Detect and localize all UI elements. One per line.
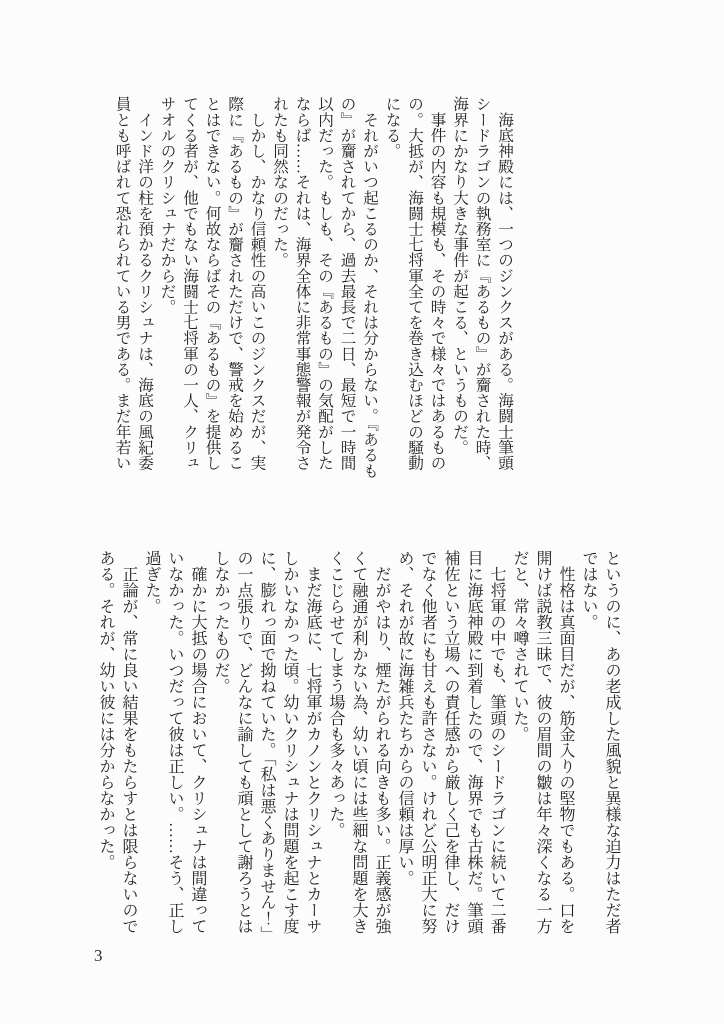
text-column: 海底神殿には、一つのジンクスがある。海闘士筆頭	[493, 96, 516, 490]
text-column: サオルのクリシュナだからだ。	[155, 96, 178, 490]
text-column: 目に海底神殿に到着したので、海界でも古株だ。筆頭	[462, 550, 485, 942]
text-column: 七将軍の中でも、筆頭のシードラゴンに続いて二番	[485, 550, 508, 942]
text-column: 正論が、常に良い結果をもたらすとは限らないので	[117, 550, 140, 942]
text-column: の。大抵が、海闘士七将軍全てを巻き込むほどの騒動	[403, 96, 426, 490]
text-column: 事件の内容も規模も、その時々で様々ではあるもの	[425, 96, 448, 490]
text-column: になる。	[380, 96, 403, 490]
text-column: ではない。	[577, 550, 600, 942]
page-number: 3	[94, 946, 103, 966]
text-column: 確かに大抵の場合において、クリシュナは間違って	[186, 550, 209, 942]
text-column: 補佐という立場への責任感から厳しく己を律し、だけ	[439, 550, 462, 942]
text-column: てくる者が、他でもない海闘士七将軍の一人、クリュ	[178, 96, 201, 490]
text-column: くて融通が利かない為、幼い頃には些細な問題を大き	[347, 550, 370, 942]
text-column: 際に『あるもの』が齎されただけで、警戒を始めるこ	[223, 96, 246, 490]
text-column: 以内だった。もしも、その『あるもの』の気配がした	[313, 96, 336, 490]
novel-page: { "page": { "number": "3", "background_c…	[0, 0, 724, 1024]
text-column: それがいつ起こるのか、それは分からない。『あるも	[358, 96, 381, 490]
text-column: しかし、かなり信頼性の高いこのジンクスだが、実	[245, 96, 268, 490]
text-column: まだ海底に、七将軍がカノンとクリシュナとカーサ	[301, 550, 324, 942]
text-column: 過ぎた。	[140, 550, 163, 942]
text-column: だがやはり、煙たがられる向きも多い。正義感が強	[370, 550, 393, 942]
text-column: というのに、あの老成した風貌と異様な迫力はただ者	[600, 550, 623, 942]
text-column: 性格は真面目だが、筋金入りの堅物でもある。口を	[554, 550, 577, 942]
text-column: れたも同然なのだった。	[268, 96, 291, 490]
text-column: 海界にかなり大きな事件が起こる、というものだ。	[448, 96, 471, 490]
text-column: の一点張りで、どんなに諭しても頑として謝ろうとは	[232, 550, 255, 942]
bottom-text-block: というのに、あの老成した風貌と異様な迫力はただ者ではない。 性格は真面目だが、筋…	[93, 550, 623, 942]
text-column: に、膨れっ面で拗ねていた。「私は悪くありません！」	[255, 550, 278, 942]
text-column: シードラゴンの執務室に『あるもの』が齎された時、	[470, 96, 493, 490]
text-column: しかいなかった頃。幼いクリシュナは問題を起こす度	[278, 550, 301, 942]
text-column: でなく他者にも甘えも許さない。けれど公明正大に努	[416, 550, 439, 942]
text-column: くこじらせてしまう場合も多々あった。	[324, 550, 347, 942]
text-column: の』が齎されてから、過去最長で二日、最短で一時間	[335, 96, 358, 490]
text-column: め、それが故に海雑兵たちからの信頼は厚い。	[393, 550, 416, 942]
text-column: 員とも呼ばれて恐れられている男である。まだ年若い	[110, 96, 133, 490]
text-column: いなかった。いつだって彼は正しい。……そう、正し	[163, 550, 186, 942]
text-column: ならば……それは、海界全体に非常事態警報が発令さ	[290, 96, 313, 490]
text-column: だと、常々噂されていた。	[508, 550, 531, 942]
text-column: 開けば説教三昧で、彼の眉間の皺は年々深くなる一方	[531, 550, 554, 942]
text-column: インド洋の柱を預かるクリシュナは、海底の風紀委	[133, 96, 156, 490]
page-background: 海底神殿には、一つのジンクスがある。海闘士筆頭シードラゴンの執務室に『あるもの』…	[0, 0, 724, 1024]
text-column: とはできない。何故ならばその『あるもの』を提供し	[200, 96, 223, 490]
top-text-block: 海底神殿には、一つのジンクスがある。海闘士筆頭シードラゴンの執務室に『あるもの』…	[110, 96, 515, 490]
text-column: ある。それが、幼い彼には分からなかった。	[94, 550, 117, 942]
text-column: しなかったものだ。	[209, 550, 232, 942]
